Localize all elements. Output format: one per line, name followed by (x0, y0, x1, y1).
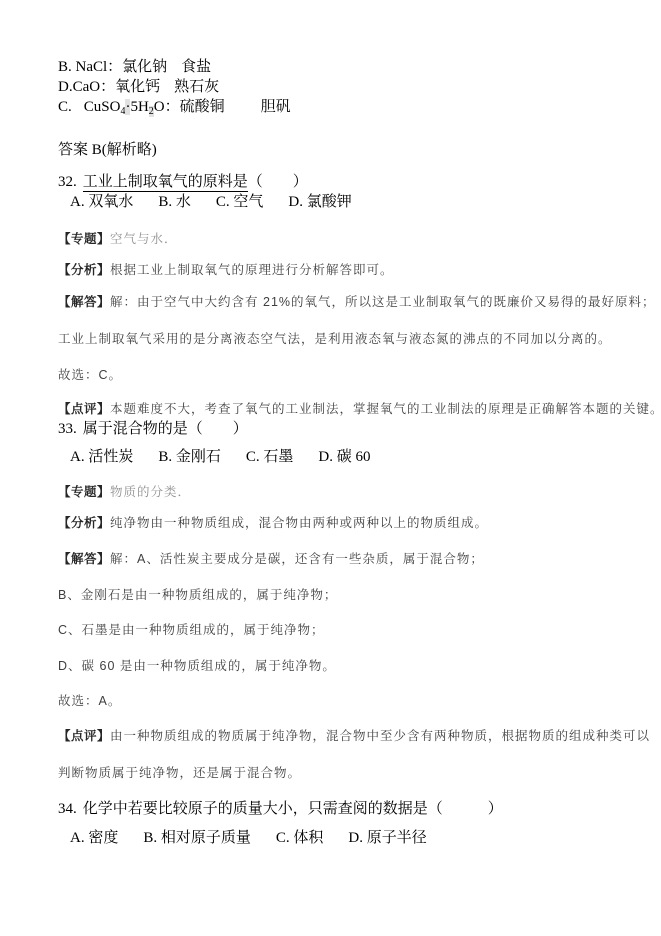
question-33-title: 33.属于混合物的是（ ） (58, 419, 635, 439)
topic-line: 【专题】物质的分类． (58, 482, 635, 502)
solution-line: B、金刚石是由一种物质组成的，属于纯净物； (58, 585, 635, 605)
question-34-title-text: 化学中若要比较原子的质量大小，只需查阅的数据是 (83, 801, 428, 817)
solution-label: 【解答】 (58, 552, 110, 566)
comment-text: 由一种物质组成的物质属于纯净物，混合物中至少含有两种物质，根据物质的组成种类可以 (110, 729, 650, 743)
comment-label: 【点评】 (58, 729, 110, 743)
document-page: B. NaCl：氯化钠食盐 D.CaO：氧化钙熟石灰 C.CuSO4·5H2O：… (0, 0, 661, 936)
question-33-blank: （ ） (188, 421, 248, 437)
question-32-title: 32.工业上制取氧气的原料是（ ） (58, 172, 635, 192)
formula-alias: 胆矾 (261, 99, 291, 115)
solution-label: 【解答】 (58, 295, 110, 309)
option-b: B. 水 (158, 192, 191, 212)
question-34-options: A. 密度 B. 相对原子质量 C. 体积 D. 原子半径 (58, 828, 635, 848)
option-d: D. 原子半径 (348, 828, 426, 848)
choice-line-d: D.CaO：氧化钙熟石灰 (58, 77, 635, 97)
topic-label: 【专题】 (58, 485, 110, 499)
choice-line-b: B. NaCl：氯化钠食盐 (58, 57, 635, 77)
question-32-number: 32. (58, 174, 77, 190)
comment-line: 【点评】本题难度不大，考查了氧气的工业制法，掌握氧气的工业制法的原理是正确解答本… (58, 399, 635, 419)
comment-line: 判断物质属于纯净物，还是属于混合物。 (58, 763, 635, 783)
choice-d-alias: 熟石灰 (174, 79, 219, 95)
solution-text: 解：由于空气中大约含有 21%的氧气，所以这是工业制取氧气的既廉价又易得的最好原… (110, 295, 656, 309)
question-32-blank: （ ） (248, 174, 308, 190)
analysis-line: 【分析】纯净物由一种物质组成，混合物由两种或两种以上的物质组成。 (58, 513, 635, 533)
option-d: D. 氯酸钾 (288, 192, 351, 212)
topic-line: 【专题】空气与水． (58, 229, 635, 249)
question-33-number: 33. (58, 421, 77, 437)
choice-b-text: B. NaCl：氯化钠 (58, 59, 167, 75)
topic-text: 空气与水． (110, 232, 178, 246)
option-a: A. 活性炭 (70, 447, 133, 467)
question-34-title: 34.化学中若要比较原子的质量大小，只需查阅的数据是（ ） (58, 799, 635, 819)
comment-label: 【点评】 (58, 402, 110, 416)
question-32-options: A. 双氧水 B. 水 C. 空气 D. 氯酸钾 (58, 192, 635, 212)
solution-line: 【解答】解：A、活性炭主要成分是碳，还含有一些杂质，属于混合物； (58, 549, 635, 569)
question-33-title-text: 属于混合物的是 (83, 421, 188, 437)
comment-text: 本题难度不大，考查了氧气的工业制法，掌握氧气的工业制法的原理是正确解答本题的关键… (110, 402, 661, 416)
option-b: B. 相对原子质量 (143, 828, 251, 848)
analysis-text: 纯净物由一种物质组成，混合物由两种或两种以上的物质组成。 (110, 516, 488, 530)
solution-line: C、石墨是由一种物质组成的，属于纯净物； (58, 620, 635, 640)
question-34-blank: （ ） (428, 801, 503, 817)
formula-colon: ： (165, 99, 180, 115)
choice-c-label: C. (58, 99, 72, 115)
option-b: B. 金刚石 (158, 447, 221, 467)
document-content: B. NaCl：氯化钠食盐 D.CaO：氧化钙熟石灰 C.CuSO4·5H2O：… (0, 0, 661, 848)
question-32-title-text: 工业上制取氧气的原料是 (83, 174, 248, 192)
analysis-text: 根据工业上制取氧气的原理进行分析解答即可。 (110, 263, 394, 277)
formula-5h: 5H (130, 99, 148, 115)
comment-line: 【点评】由一种物质组成的物质属于纯净物，混合物中至少含有两种物质，根据物质的组成… (58, 726, 635, 746)
formula-name: 硫酸铜 (180, 99, 225, 115)
solution-line: D、碳 60 是由一种物质组成的，属于纯净物。 (58, 656, 635, 676)
choice-b-alias: 食盐 (181, 59, 211, 75)
solution-text: 解：A、活性炭主要成分是碳，还含有一些杂质，属于混合物； (110, 552, 484, 566)
topic-label: 【专题】 (58, 232, 110, 246)
option-a: A. 双氧水 (70, 192, 133, 212)
option-d: D. 碳 60 (318, 447, 370, 467)
formula-cuso: CuSO (84, 99, 121, 115)
answer-note: 答案 B(解析略) (58, 140, 635, 160)
analysis-label: 【分析】 (58, 516, 110, 530)
option-a: A. 密度 (70, 828, 118, 848)
option-c: C. 空气 (216, 192, 264, 212)
option-c: C. 体积 (276, 828, 324, 848)
formula-o: O (154, 99, 165, 115)
question-33-options: A. 活性炭 B. 金刚石 C. 石墨 D. 碳 60 (58, 447, 635, 467)
choice-line-c-formula: C.CuSO4·5H2O：硫酸铜胆矾 (58, 97, 635, 117)
analysis-line: 【分析】根据工业上制取氧气的原理进行分析解答即可。 (58, 260, 635, 280)
topic-text: 物质的分类． (110, 485, 191, 499)
question-34-number: 34. (58, 801, 77, 817)
choice-d-text: D.CaO：氧化钙 (58, 79, 160, 95)
analysis-label: 【分析】 (58, 263, 110, 277)
solution-line: 工业上制取氧气采用的是分离液态空气法，是利用液态氧与液态氮的沸点的不同加以分离的… (58, 329, 635, 349)
solution-line: 【解答】解：由于空气中大约含有 21%的氧气，所以这是工业制取氧气的既廉价又易得… (58, 292, 635, 312)
conclusion-line: 故选：C。 (58, 365, 635, 385)
option-c: C. 石墨 (246, 447, 294, 467)
conclusion-line: 故选：A。 (58, 691, 635, 711)
